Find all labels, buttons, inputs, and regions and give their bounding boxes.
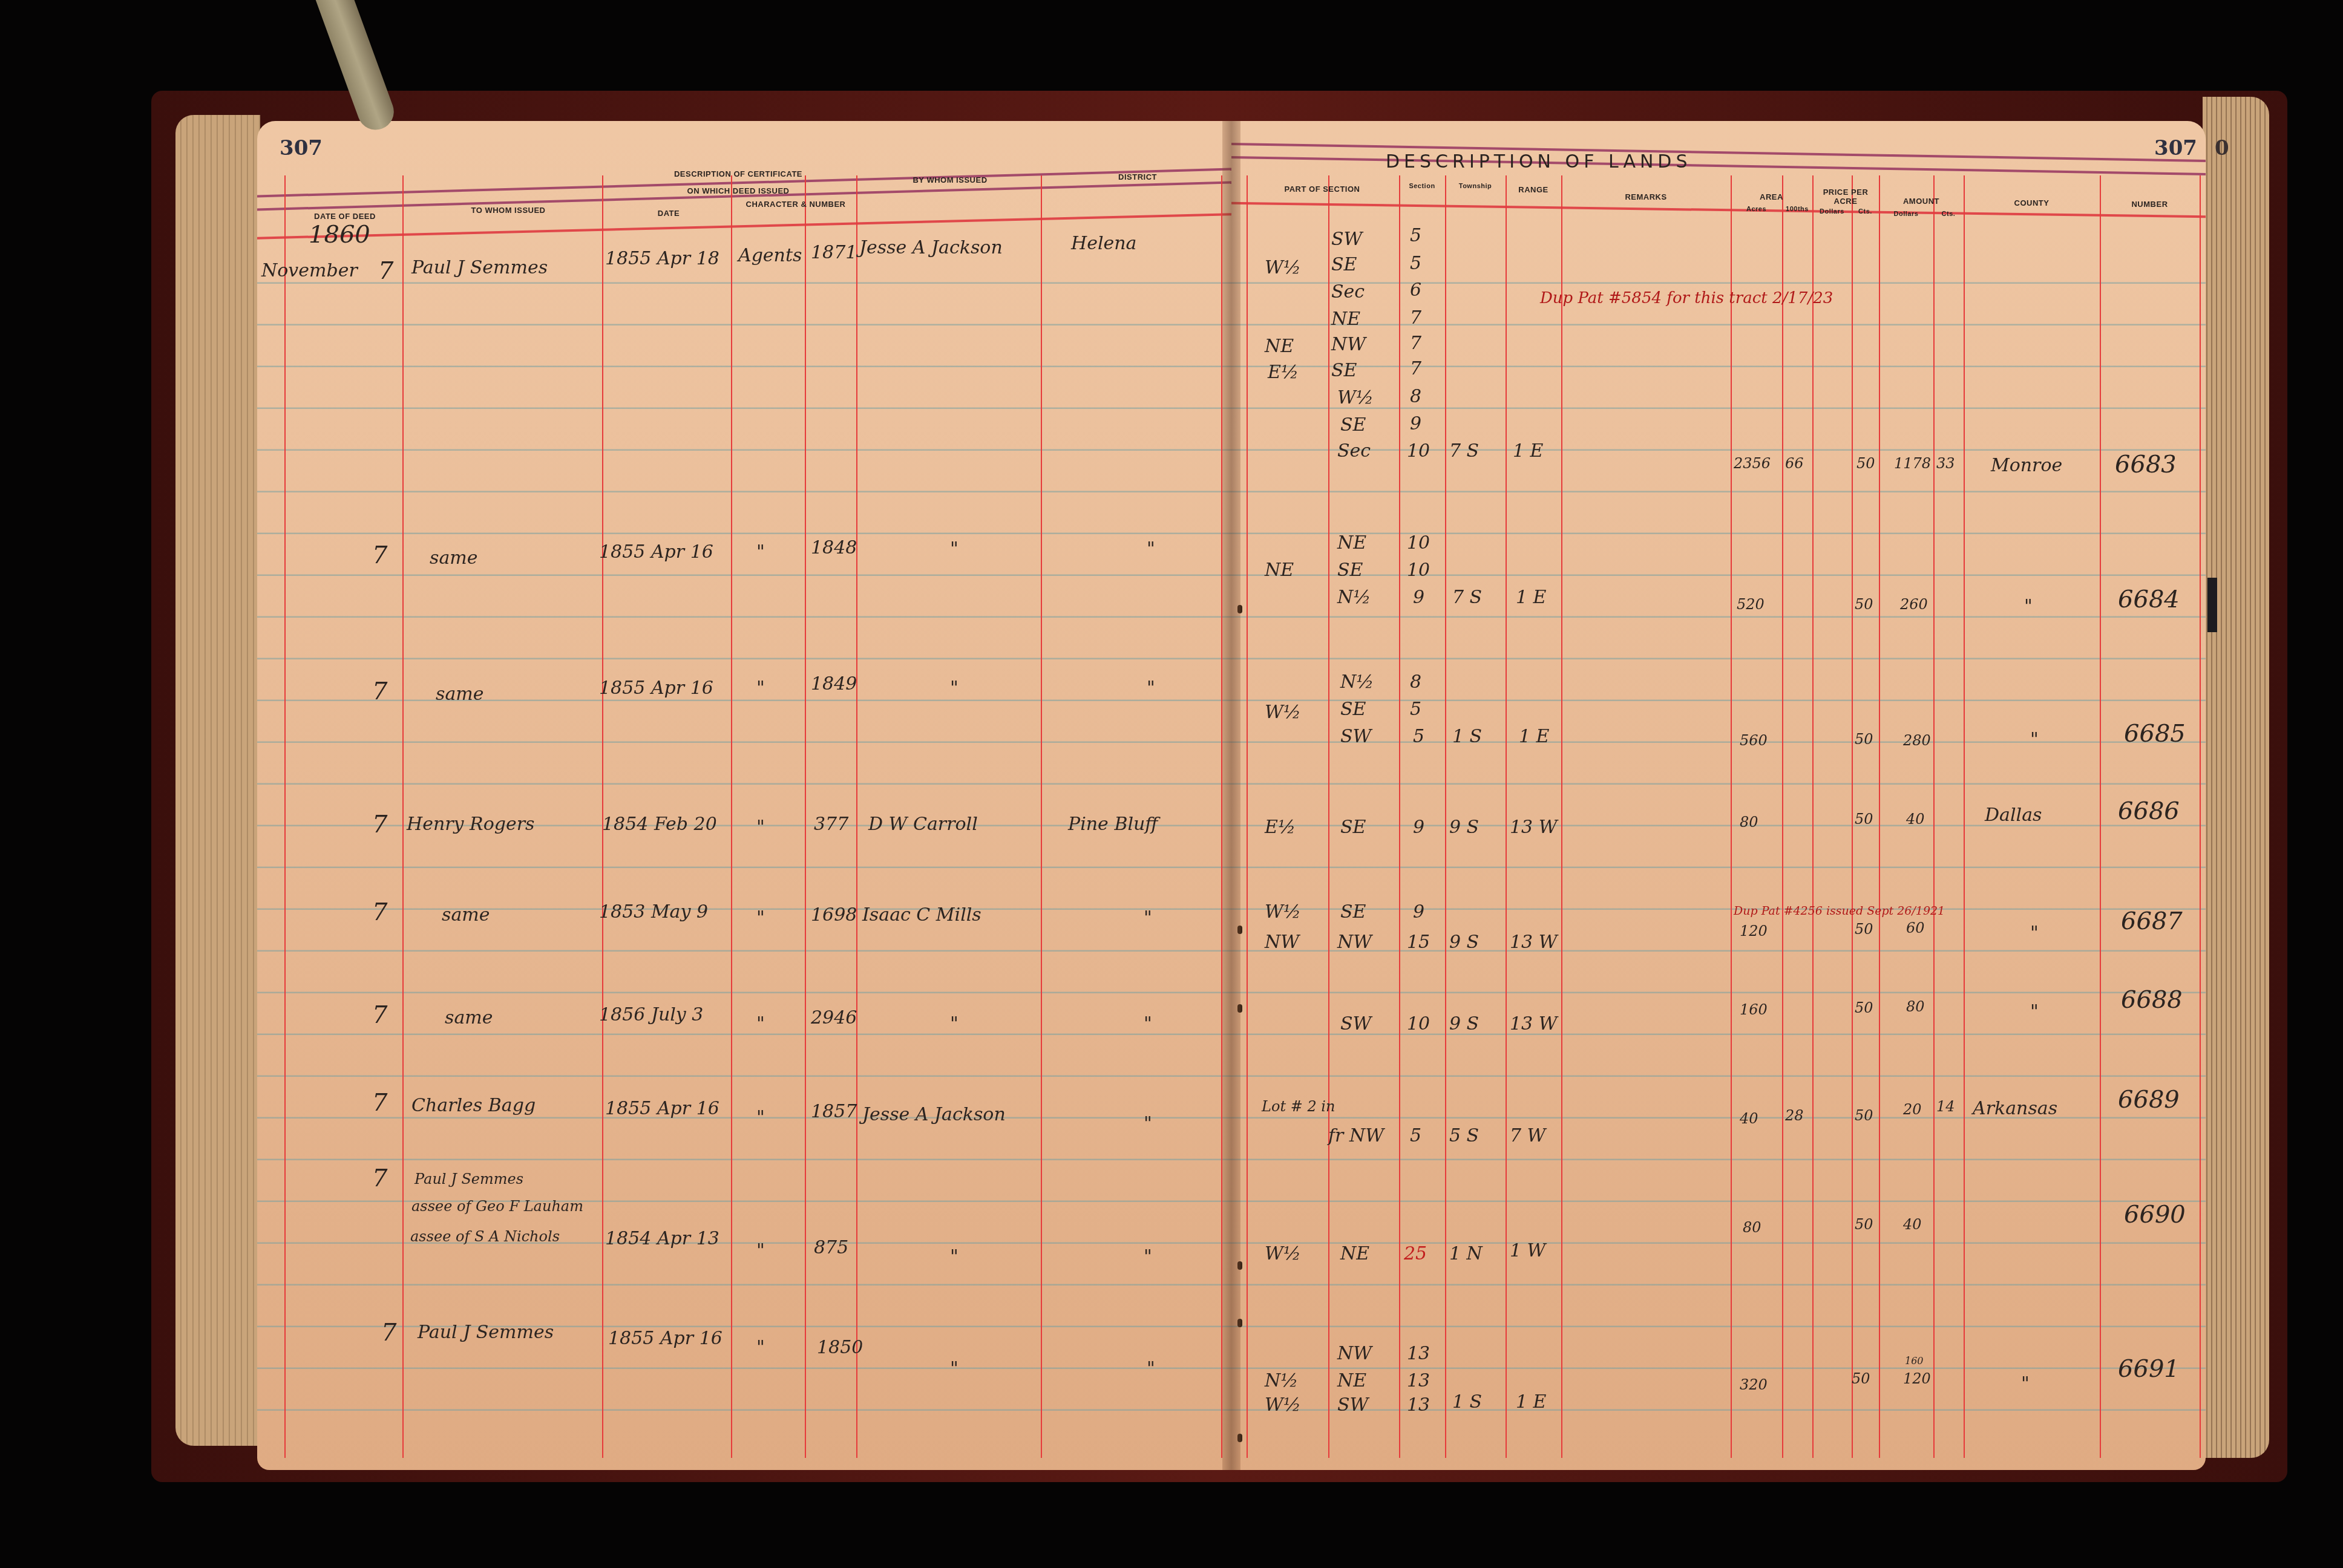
entry-amount-dollars: 60 [1906,920,1925,936]
entry-character: " [756,817,765,838]
page-stack-right [2203,97,2269,1458]
header-price-cts: Cts. [1852,208,1879,215]
column-line [2200,175,2201,1458]
land-range: 13 W [1510,1013,1558,1034]
land-township: 1 S [1452,726,1482,747]
entry-cert-number: 2946 [811,1007,857,1028]
entry-by-whom: " [950,678,958,699]
entry-by-whom: " [950,1013,958,1034]
land-part: W½ [1265,702,1301,723]
entry-amount-dollars: 80 [1906,998,1925,1015]
land-section: 7 [1410,307,1421,328]
land-township: 1 S [1452,1391,1482,1413]
header-part-of-section: PART OF SECTION [1271,185,1374,194]
entry-acres: 120 [1740,923,1768,939]
entry-to-whom: same [445,1007,493,1028]
entry-amount-dollars: 20 [1903,1101,1922,1118]
entry-amount-cts: 33 [1936,455,1955,472]
land-range: 1 E [1516,587,1547,608]
land-sub: SE [1340,817,1366,838]
header-county: COUNTY [1964,198,2100,207]
entry-by-whom: Jesse A Jackson [862,1104,1006,1125]
header-district: DISTRICT [1077,172,1198,181]
entry-acres: 160 [1740,1001,1768,1018]
land-sub: Sec [1331,281,1365,302]
header-area: AREA [1731,192,1812,201]
land-township: 9 S [1449,1013,1479,1034]
entry-by-whom: " [950,1246,958,1267]
entry-cert-number: 1850 [817,1337,863,1358]
column-line [1041,175,1042,1458]
land-township: 5 S [1449,1125,1479,1146]
entry-county: " [2030,1001,2039,1022]
column-line [1731,175,1732,1458]
entry-acres: 80 [1743,1219,1761,1236]
column-line [2100,175,2101,1458]
entry-number: 6690 [2124,1201,2186,1229]
header-township: Township [1445,183,1506,190]
page-stack-left [175,115,260,1446]
entry-by-whom: D W Carroll [868,814,978,835]
land-township: 9 S [1449,932,1479,953]
header-description-of-certificate: DESCRIPTION OF CERTIFICATE [641,169,835,178]
entry-character: " [756,541,765,563]
entry-district: " [1144,907,1152,929]
land-part: NW [1265,932,1299,953]
land-sub: fr NW [1328,1125,1384,1146]
land-section: 6 [1410,279,1421,301]
entry-character: " [756,678,765,699]
land-section: 13 [1407,1343,1430,1364]
entry-to-whom-line-2: assee of Geo F Lauham [411,1198,583,1215]
entry-district: " [1147,538,1155,560]
land-sub: NE [1331,309,1360,330]
land-range: 13 W [1510,932,1558,953]
land-part: E½ [1268,362,1299,383]
land-sub: NE [1340,1243,1369,1264]
column-line [402,175,404,1458]
entry-amount-dollars: 260 [1900,596,1928,613]
header-remarks: REMARKS [1585,192,1706,201]
land-sub: NW [1331,334,1366,355]
entry-by-whom: Isaac C Mills [862,904,981,926]
entry-day: 7 [372,898,387,926]
entry-county: " [2021,1373,2030,1394]
column-line [1933,175,1935,1458]
land-sub: SE [1337,560,1363,581]
entry-character: " [756,907,765,929]
entry-to-whom: same [442,904,490,926]
entry-amount-cts: 14 [1936,1098,1955,1115]
entry-character: " [756,1107,765,1128]
land-section: 10 [1407,440,1430,462]
entry-day: 7 [372,678,387,705]
entry-acres: 320 [1740,1376,1768,1393]
entry-district: " [1147,678,1155,699]
entry-day: 7 [372,811,387,838]
entry-price-cts: 50 [1855,596,1873,613]
entry-to-whom: Paul J Semmes [418,1322,554,1343]
column-line [805,175,806,1458]
land-section: 8 [1410,386,1421,407]
entry-amount-dollars: 1178 [1894,455,1931,472]
entry-district: " [1147,1358,1155,1379]
entry-cert-date: 1855 Apr 16 [599,541,713,563]
header-price-per-acre: PRICE PER ACRE [1812,188,1879,206]
column-line [1506,175,1507,1458]
entry-remarks-red: Dup Pat #4256 issued Sept 26/1921 [1734,904,1945,918]
header-date-of-deed: DATE OF DEED [303,212,387,221]
entry-cert-number: 1698 [811,904,857,926]
entry-district: Helena [1071,233,1136,254]
land-township: 1 N [1449,1243,1483,1264]
entry-by-whom: " [950,538,958,560]
header-hundredths: 100ths [1782,206,1812,213]
land-section: 9 [1413,901,1424,923]
land-part: W½ [1265,1394,1301,1416]
land-sub: N½ [1337,587,1371,608]
land-sub: N½ [1340,671,1374,693]
column-line [1399,175,1400,1458]
entry-cert-number: 1848 [811,537,857,558]
entry-day: 7 [381,1319,396,1347]
land-sub: NW [1337,1343,1372,1364]
entry-cert-date: 1853 May 9 [599,901,708,923]
entry-price-cts: 50 [1855,921,1873,938]
land-township: 9 S [1449,817,1479,838]
entry-to-whom-line-1: Paul J Semmes [415,1171,523,1187]
entry-day: 7 [372,1165,387,1192]
header-acres: Acres [1731,206,1782,213]
land-sub: SW [1340,1013,1371,1034]
land-part: W½ [1265,901,1301,923]
index-tab[interactable] [2207,578,2217,632]
ledger-ruling-right [1231,242,2206,1446]
entry-cert-number: 875 [814,1237,848,1258]
entry-price-cts: 50 [1855,1216,1873,1233]
entry-cert-date: 1855 Apr 16 [599,678,713,699]
land-township: 7 S [1452,587,1482,608]
land-part: E½ [1265,817,1296,838]
entry-cert-date: 1854 Feb 20 [602,814,717,835]
entry-amount-dollars: 280 [1903,732,1931,749]
column-line [1964,175,1965,1458]
header-amount: AMOUNT [1879,197,1964,206]
year-heading: 1860 [309,221,370,249]
land-sub: NE [1337,1370,1366,1391]
entry-acres: 80 [1740,814,1758,831]
land-sub: NW [1337,932,1372,953]
land-section: 10 [1407,1013,1430,1034]
land-sub: SW [1337,1394,1368,1416]
land-sub: SW [1331,229,1362,250]
header-amount-dollars: Dollars [1879,211,1933,218]
entry-cert-number: 1871 [811,242,857,263]
land-range: 1 E [1513,440,1544,462]
entry-cert-date: 1855 Apr 18 [605,248,719,269]
entry-amount-dollars: 120 [1903,1370,1931,1387]
entry-number: 6685 [2124,720,2186,748]
entry-acres: 40 [1740,1110,1758,1127]
entry-price-cts: 50 [1855,1107,1873,1124]
entry-character: " [756,1240,765,1261]
land-section: 10 [1407,532,1430,554]
entry-character: " [756,1337,765,1358]
entry-amount-note: 160 [1905,1355,1924,1367]
header-by-whom-issued: BY WHOM ISSUED [883,175,1017,185]
entry-amount-dollars: 40 [1903,1216,1922,1233]
header-section: Section [1399,183,1445,190]
column-line [1247,175,1248,1458]
land-section: 5 [1410,253,1421,274]
entry-acres: 2356 [1734,455,1771,472]
entry-month: November [261,260,358,281]
entry-price-cts: 50 [1852,1370,1870,1387]
entry-number: 6689 [2118,1086,2180,1114]
entry-district: Pine Bluff [1068,814,1158,835]
entry-remarks-red: Dup Pat #5854 for this tract 2/17/23 [1540,289,1833,307]
land-part: Lot # 2 in [1262,1098,1335,1115]
land-section: 9 [1413,587,1424,608]
header-price-dollars: Dollars [1812,208,1852,215]
entry-character: " [756,1013,765,1034]
entry-day: 7 [378,257,393,285]
column-line [1445,175,1446,1458]
column-line [1879,175,1880,1458]
land-sub: SE [1340,414,1366,436]
entry-number: 6688 [2121,986,2183,1014]
land-part: N½ [1265,1370,1298,1391]
land-sub: NE [1337,532,1366,554]
header-description-of-lands: DESCRIPTION OF LANDS [1386,151,1688,172]
entry-price-cts: 50 [1855,999,1873,1016]
entry-cert-date: 1855 Apr 16 [605,1098,719,1119]
land-section: 13 [1407,1370,1430,1391]
land-range: 1 E [1519,726,1550,747]
entry-to-whom-line-3: assee of S A Nichols [410,1228,560,1245]
next-page-number-fragment: 0 [2215,136,2229,160]
land-section: 5 [1410,1125,1421,1146]
header-number: NUMBER [2100,200,2200,209]
entry-by-whom: Jesse A Jackson [859,237,1003,258]
land-sub: SE [1331,254,1357,275]
land-part: NE [1265,336,1294,357]
header-range: RANGE [1506,185,1561,194]
land-section: 9 [1410,413,1421,434]
entry-day: 7 [372,1089,387,1117]
entry-cert-date: 1855 Apr 16 [608,1328,723,1349]
land-sub: SW [1340,726,1371,747]
entry-day: 7 [372,541,387,569]
entry-amount-dollars: 40 [1906,811,1925,828]
column-line [1328,175,1329,1458]
entry-acres: 520 [1737,596,1765,613]
entry-county: " [2030,923,2039,944]
land-range: 13 W [1510,817,1558,838]
entry-price-cts: 50 [1856,455,1875,472]
entry-county: " [2024,596,2033,617]
entry-price-cts: 50 [1855,731,1873,748]
column-line [284,175,286,1458]
land-section: 7 [1410,358,1421,379]
entry-hundredths: 28 [1785,1107,1804,1124]
land-section: 13 [1407,1394,1430,1416]
column-line [731,175,732,1458]
entry-number: 6687 [2121,907,2183,935]
land-section: 7 [1410,333,1421,354]
entry-cert-number: 377 [814,814,848,835]
entry-number: 6683 [2115,451,2177,479]
land-section: 5 [1410,699,1421,720]
land-sub: Sec [1337,440,1371,462]
entry-number: 6684 [2118,586,2180,613]
entry-to-whom: same [436,684,483,705]
entry-number: 6691 [2118,1355,2180,1383]
header-to-whom-issued: TO WHOM ISSUED [436,206,581,215]
land-sub: SE [1340,901,1366,923]
right-page-number: 307 [2154,136,2197,160]
entry-district: " [1144,1113,1152,1134]
header-character-number: CHARACTER & NUMBER [735,200,856,209]
entry-to-whom: same [430,547,477,569]
land-section: 10 [1407,560,1430,581]
entry-county: Arkansas [1973,1098,2057,1119]
entry-county: " [2030,729,2039,750]
entry-cert-number: 1849 [811,673,857,694]
entry-cert-date: 1854 Apr 13 [605,1228,719,1249]
land-sub: SE [1340,699,1366,720]
land-section-red: 25 [1404,1243,1427,1264]
entry-county: Monroe [1991,455,2062,476]
header-cert-date: DATE [611,209,726,218]
entry-by-whom: " [950,1358,958,1379]
land-range: 1 W [1510,1240,1545,1261]
land-range: 1 E [1516,1391,1547,1413]
land-part: W½ [1265,1243,1301,1264]
entry-day: 7 [372,1001,387,1029]
column-line [1852,175,1853,1458]
entry-to-whom: Henry Rogers [407,814,534,835]
land-section: 8 [1410,671,1421,693]
entry-to-whom: Charles Bagg [411,1095,536,1116]
land-section: 5 [1413,726,1424,747]
entry-district: " [1144,1246,1152,1267]
column-line [1782,175,1783,1458]
land-section: 9 [1413,817,1424,838]
land-section: 5 [1410,225,1421,246]
entry-cert-number: 1857 [811,1101,857,1122]
entry-price-cts: 50 [1855,811,1873,828]
land-part: NE [1265,560,1294,581]
entry-cert-date: 1856 July 3 [599,1004,703,1025]
entry-character: Agents [738,245,802,266]
entry-county: Dallas [1985,805,2042,826]
land-range: 7 W [1510,1125,1545,1146]
entry-district: " [1144,1013,1152,1034]
entry-to-whom: Paul J Semmes [411,257,548,278]
left-page-number: 307 [280,136,323,160]
header-amount-cts: Cts. [1933,211,1964,218]
entry-hundredths: 66 [1785,455,1804,472]
book-gutter [1222,121,1240,1470]
land-section: 15 [1407,932,1430,953]
column-line [856,175,857,1458]
column-line [1812,175,1814,1458]
entry-number: 6686 [2118,797,2180,825]
land-part: W½ [1265,257,1301,278]
land-township: 7 S [1449,440,1479,462]
column-line [1561,175,1562,1458]
land-sub: SE [1331,360,1357,381]
header-on-which-deed-issued: ON WHICH DEED ISSUED [654,186,823,195]
land-sub: W½ [1337,387,1374,408]
entry-acres: 560 [1740,732,1768,749]
